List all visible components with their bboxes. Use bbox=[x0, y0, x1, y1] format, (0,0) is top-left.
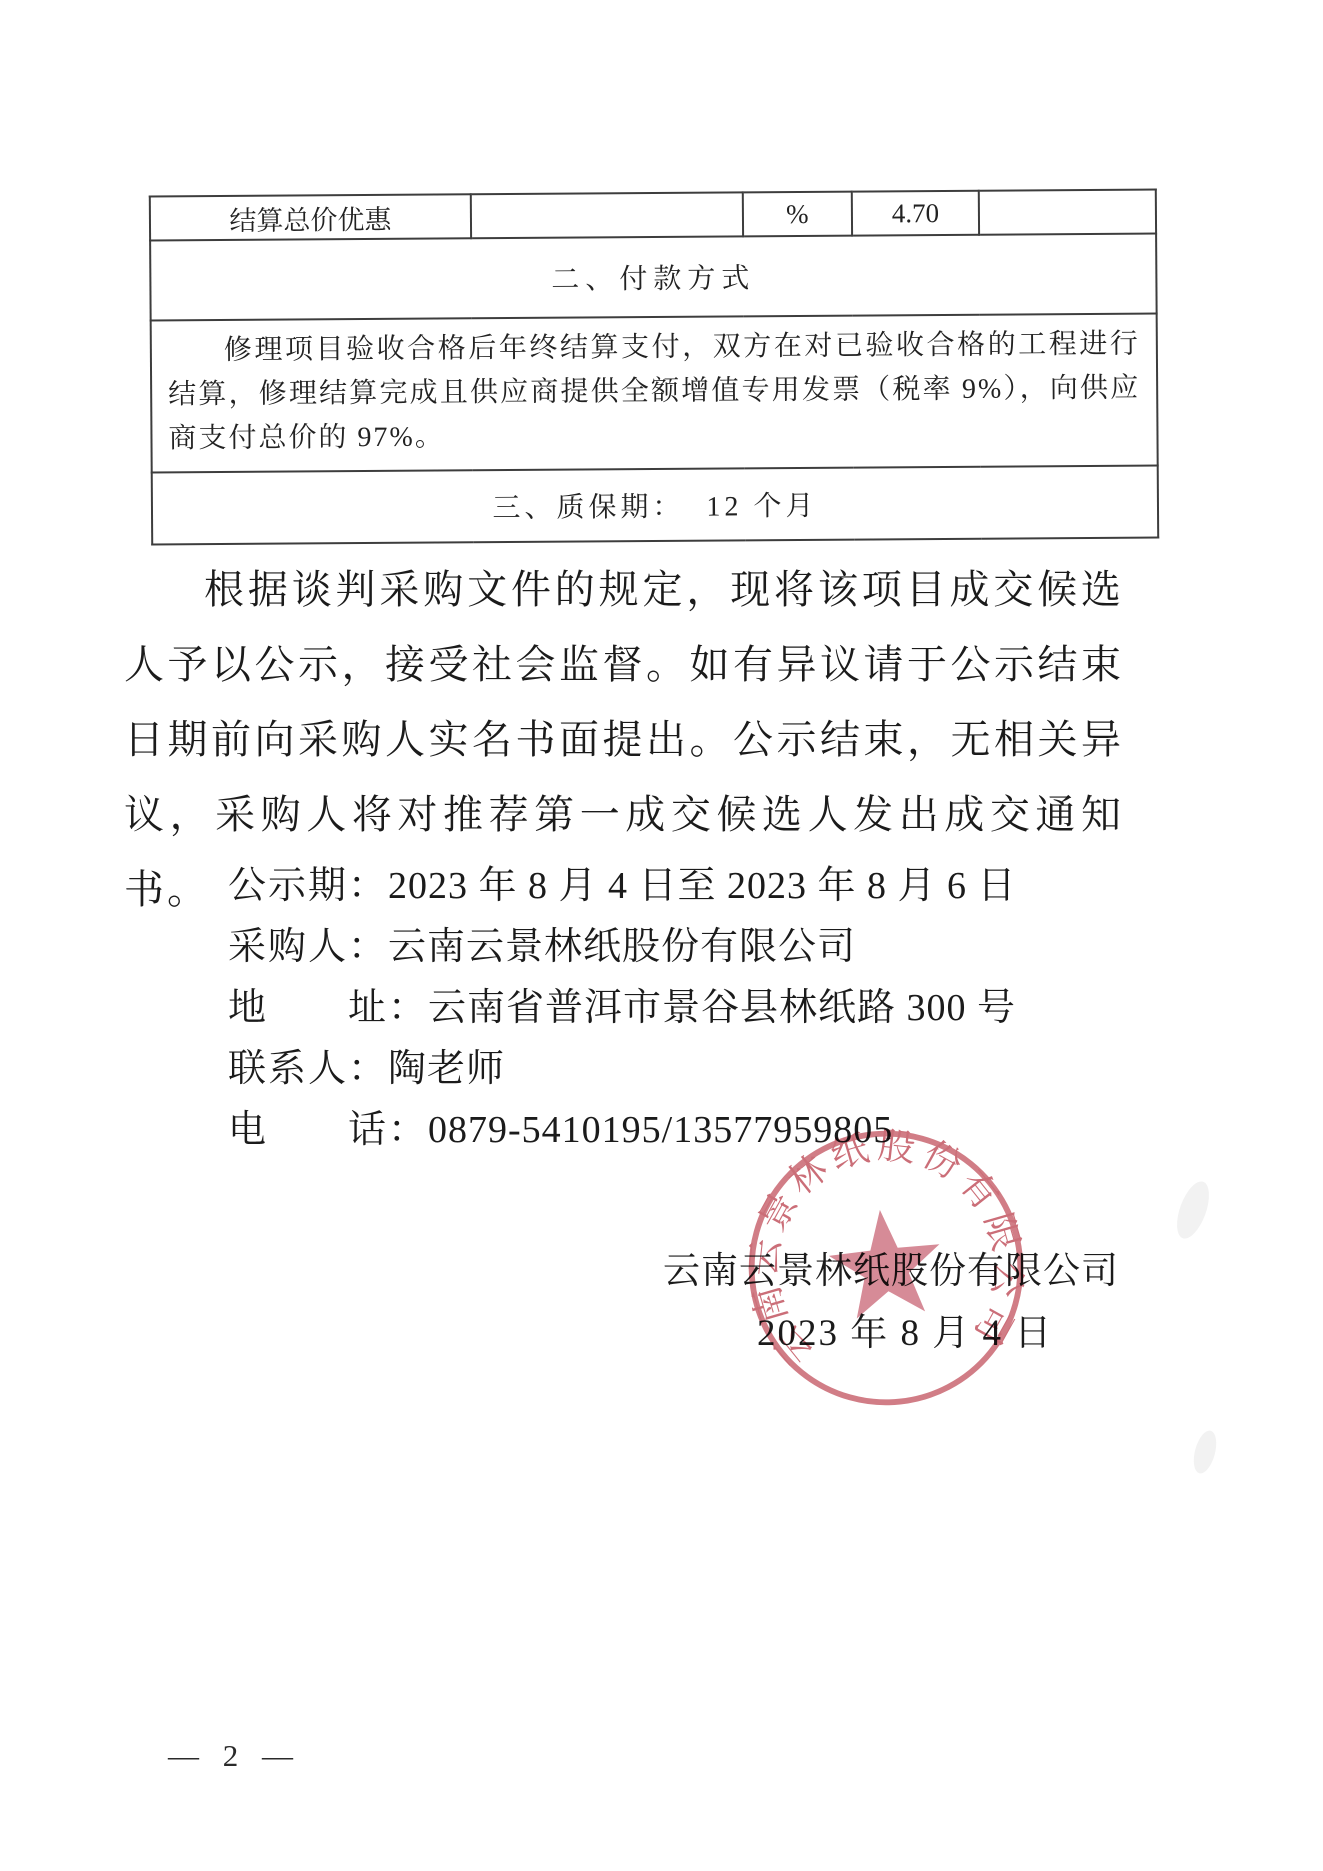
scan-smudge bbox=[1190, 1428, 1221, 1476]
payment-terms-text: 修理项目验收合格后年终结算支付，双方在对已验收合格的工程进行结算，修理结算完成且… bbox=[168, 323, 1141, 462]
address-value: 云南省普洱市景谷县林纸路 300 号 bbox=[428, 987, 1016, 1029]
purchaser-value: 云南云景林纸股份有限公司 bbox=[388, 926, 856, 968]
discount-empty-cell-2 bbox=[979, 189, 1156, 234]
info-line-publicity-period: 公示期：2023 年 8 月 4 日至 2023 年 8 月 6 日 bbox=[228, 862, 1017, 923]
warranty-cell: 三、质保期： 12 个月 bbox=[152, 465, 1158, 544]
info-block: 公示期：2023 年 8 月 4 日至 2023 年 8 月 6 日 采购人：云… bbox=[228, 862, 1017, 1167]
info-line-contact-person: 联系人：陶老师 bbox=[228, 1045, 1017, 1106]
discount-unit-cell: % bbox=[742, 192, 852, 237]
page-number: — 2 — bbox=[168, 1738, 301, 1774]
scan-smudge bbox=[1171, 1177, 1216, 1242]
table-row-discount: 结算总价优惠 % 4.70 bbox=[150, 189, 1156, 240]
document-page: 结算总价优惠 % 4.70 二、付款方式 修理项目验收合格后年终结算支付，双方在… bbox=[0, 0, 1323, 1871]
table-row-payment-title: 二、付款方式 bbox=[150, 233, 1157, 320]
terms-table: 结算总价优惠 % 4.70 二、付款方式 修理项目验收合格后年终结算支付，双方在… bbox=[149, 188, 1159, 545]
address-label: 地 址： bbox=[228, 987, 428, 1029]
payment-terms-cell: 修理项目验收合格后年终结算支付，双方在对已验收合格的工程进行结算，修理结算完成且… bbox=[151, 313, 1158, 472]
phone-label: 电 话： bbox=[228, 1109, 428, 1151]
table-row-payment-terms: 修理项目验收合格后年终结算支付，双方在对已验收合格的工程进行结算，修理结算完成且… bbox=[151, 313, 1158, 472]
discount-label-cell: 结算总价优惠 bbox=[150, 194, 471, 240]
contact-person-value: 陶老师 bbox=[388, 1048, 505, 1090]
info-line-address: 地 址：云南省普洱市景谷县林纸路 300 号 bbox=[228, 984, 1017, 1045]
publicity-period-label: 公示期： bbox=[228, 865, 388, 907]
phone-value: 0879-5410195/13577959805 bbox=[428, 1109, 893, 1151]
payment-title-cell: 二、付款方式 bbox=[150, 233, 1157, 320]
publicity-period-value: 2023 年 8 月 4 日至 2023 年 8 月 6 日 bbox=[388, 865, 1017, 907]
discount-empty-cell bbox=[471, 192, 743, 238]
signature-company-name: 云南云景林纸股份有限公司 bbox=[663, 1240, 1119, 1294]
signature-date: 2023 年 8 月 4 日 bbox=[757, 1302, 1053, 1356]
info-line-phone: 电 话：0879-5410195/13577959805 bbox=[228, 1106, 1017, 1167]
discount-value-cell: 4.70 bbox=[852, 191, 979, 236]
contact-person-label: 联系人： bbox=[228, 1048, 388, 1090]
table-row-warranty: 三、质保期： 12 个月 bbox=[152, 465, 1158, 544]
purchaser-label: 采购人： bbox=[228, 926, 388, 968]
info-line-purchaser: 采购人：云南云景林纸股份有限公司 bbox=[228, 923, 1017, 984]
